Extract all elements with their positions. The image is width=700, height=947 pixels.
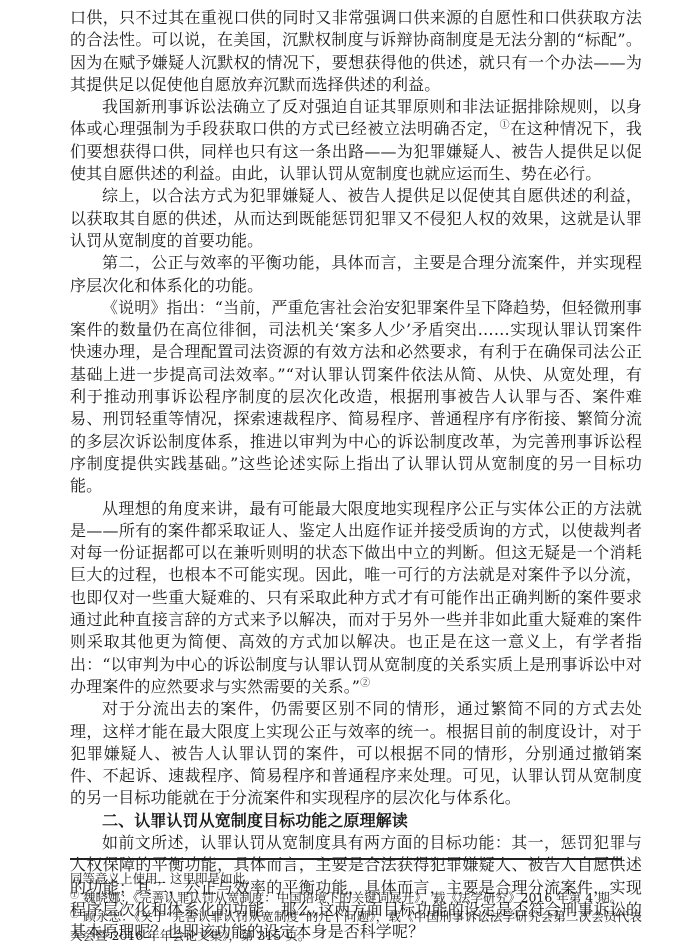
paragraph-text: 第二，公正与效率的平衡功能，具体而言，主要是合理分流案件，并实现程序层次化和体系… xyxy=(70,253,642,294)
page-body: 口供，只不过其在重视口供的同时又非常强调口供来源的自愿性和口供获取方法的合法性。… xyxy=(70,7,642,943)
paragraph: 第二，公正与效率的平衡功能，具体而言，主要是合理分流案件，并实现程序层次化和体系… xyxy=(70,252,642,297)
footnote-marker: ② xyxy=(70,910,79,920)
paragraph-text: 《说明》指出：“当前，严重危害社会治安犯罪案件呈下降趋势，但轻微刑事案件的数量仍… xyxy=(70,298,642,495)
footnote-text: 顾永忠：《关于“完善认罪认罚从宽制度”的几个问题》，载《中国刑事诉讼法学研究会第… xyxy=(70,909,642,943)
footnote-reference-marker: ① xyxy=(500,120,511,131)
section-heading: 二、认罪认罚从宽制度目标功能之原理解读 xyxy=(70,810,642,832)
paragraph-text: 口供，只不过其在重视口供的同时又非常强调口供来源的自愿性和口供获取方法的合法性。… xyxy=(70,8,642,94)
footnote-item: ②顾永忠：《关于“完善认罪认罚从宽制度”的几个问题》，载《中国刑事诉讼法学研究会… xyxy=(70,907,642,945)
footnote-reference-marker: ② xyxy=(360,678,370,689)
footnote-list: 同等意义上使用，这里即是如此。①魏晓娜：《完善认罪认罚从宽制度：中国语境下的关键… xyxy=(70,869,642,945)
paragraph: 综上，以合法方式为犯罪嫌疑人、被告人提供足以促使其自愿供述的利益，以获取其自愿的… xyxy=(70,185,642,252)
footnote-rule xyxy=(70,858,622,860)
paragraph: 《说明》指出：“当前，严重危害社会治安犯罪案件呈下降趋势，但轻微刑事案件的数量仍… xyxy=(70,297,642,498)
footnote-text: 同等意义上使用，这里即是如此。 xyxy=(70,871,258,886)
paragraph-text: 对于分流出去的案件，仍需要区别不同的情形，通过繁简不同的方式去处理，这样才能在最… xyxy=(70,699,642,807)
footnote-marker: ① xyxy=(70,891,79,901)
paragraph: 口供，只不过其在重视口供的同时又非常强调口供来源的自愿性和口供获取方法的合法性。… xyxy=(70,7,642,96)
document-page: 口供，只不过其在重视口供的同时又非常强调口供来源的自愿性和口供获取方法的合法性。… xyxy=(0,0,700,947)
paragraph-text: 二、认罪认罚从宽制度目标功能之原理解读 xyxy=(102,811,408,830)
paragraph: 对于分流出去的案件，仍需要区别不同的情形，通过繁简不同的方式去处理，这样才能在最… xyxy=(70,698,642,809)
paragraph-text: 从理想的角度来讲，最有可能最大限度地实现程序公正与实体公正的方法就是——所有的案… xyxy=(70,499,642,696)
paragraph: 我国新刑事诉讼法确立了反对强迫自证其罪原则和非法证据排除规则，以身体或心理强制为… xyxy=(70,96,642,185)
footnote-text: 魏晓娜：《完善认罪认罚从宽制度：中国语境下的关键词展开》，载《法学研究》2016… xyxy=(83,890,622,905)
footnote-continuation: 同等意义上使用，这里即是如此。 xyxy=(70,869,642,888)
footnote-section: 同等意义上使用，这里即是如此。①魏晓娜：《完善认罪认罚从宽制度：中国语境下的关键… xyxy=(70,858,642,945)
footnote-item: ①魏晓娜：《完善认罪认罚从宽制度：中国语境下的关键词展开》，载《法学研究》201… xyxy=(70,888,642,907)
paragraph: 从理想的角度来讲，最有可能最大限度地实现程序公正与实体公正的方法就是——所有的案… xyxy=(70,498,642,699)
paragraph-text: 综上，以合法方式为犯罪嫌疑人、被告人提供足以促使其自愿供述的利益，以获取其自愿的… xyxy=(70,186,642,250)
